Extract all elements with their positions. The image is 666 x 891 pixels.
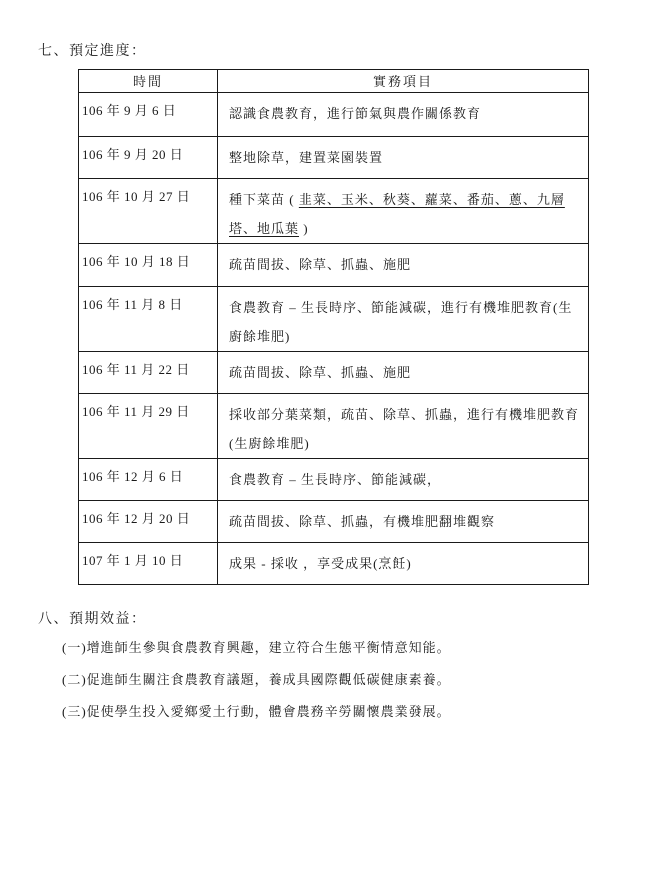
date-cell: 106 年 11 月 8 日 [79, 287, 218, 352]
activity-text: 種下菜苗 ( [229, 192, 299, 207]
time-column-header: 時間 [79, 70, 218, 93]
benefits-list: (一)增進師生參與食農教育興趣，建立符合生態平衡情意知能。 (二)促進師生關注食… [62, 638, 622, 734]
schedule-section-heading: 七、預定進度： [38, 40, 147, 60]
activity-cell: 認識食農教育，進行節氣與農作關係教育 [218, 93, 589, 137]
activity-cell: 整地除草，建置菜園裝置 [218, 137, 589, 179]
date-cell: 106 年 9 月 20 日 [79, 137, 218, 179]
item-column-header: 實務項目 [218, 70, 589, 93]
activity-cell: 食農教育 – 生長時序、節能減碳， [218, 459, 589, 501]
date-cell: 106 年 10 月 18 日 [79, 244, 218, 287]
table-row: 106 年 12 月 20 日 疏苗間拔、除草、抓蟲，有機堆肥翻堆觀察 [79, 501, 589, 543]
table-row: 106 年 11 月 29 日 採收部分葉菜類，疏苗、除草、抓蟲，進行有機堆肥教… [79, 394, 589, 459]
date-cell: 106 年 9 月 6 日 [79, 93, 218, 137]
benefit-item-2: (二)促進師生關注食農教育議題，養成具國際觀低碳健康素養。 [62, 670, 622, 690]
table-row: 106 年 12 月 6 日 食農教育 – 生長時序、節能減碳， [79, 459, 589, 501]
activity-cell: 食農教育 – 生長時序、節能減碳，進行有機堆肥教育(生廚餘堆肥) [218, 287, 589, 352]
table-row: 106 年 11 月 22 日 疏苗間拔、除草、抓蟲、施肥 [79, 352, 589, 394]
table-row: 106 年 10 月 18 日 疏苗間拔、除草、抓蟲、施肥 [79, 244, 589, 287]
date-cell: 106 年 10 月 27 日 [79, 179, 218, 244]
activity-text: ) [299, 221, 309, 236]
table-row: 106 年 9 月 6 日 認識食農教育，進行節氣與農作關係教育 [79, 93, 589, 137]
activity-cell: 成果 - 採收 ，享受成果(烹飪) [218, 543, 589, 585]
activity-cell: 疏苗間拔、除草、抓蟲、施肥 [218, 352, 589, 394]
benefit-item-3: (三)促使學生投入愛鄉愛土行動，體會農務辛勞關懷農業發展。 [62, 702, 622, 722]
benefit-item-1: (一)增進師生參與食農教育興趣，建立符合生態平衡情意知能。 [62, 638, 622, 658]
table-row: 106 年 10 月 27 日 種下菜苗 ( 韭菜、玉米、秋葵、蘿菜、番茄、蔥、… [79, 179, 589, 244]
schedule-table: 時間 實務項目 106 年 9 月 6 日 認識食農教育，進行節氣與農作關係教育… [78, 69, 589, 585]
benefits-section-heading: 八、預期效益： [38, 608, 147, 628]
date-cell: 106 年 11 月 22 日 [79, 352, 218, 394]
document-page: 七、預定進度： 時間 實務項目 106 年 9 月 6 日 認識食農教育，進行節… [0, 0, 666, 891]
date-cell: 106 年 12 月 6 日 [79, 459, 218, 501]
activity-cell: 種下菜苗 ( 韭菜、玉米、秋葵、蘿菜、番茄、蔥、九層塔、地瓜葉 ) [218, 179, 589, 244]
table-row: 106 年 11 月 8 日 食農教育 – 生長時序、節能減碳，進行有機堆肥教育… [79, 287, 589, 352]
date-cell: 106 年 11 月 29 日 [79, 394, 218, 459]
date-cell: 107 年 1 月 10 日 [79, 543, 218, 585]
table-header-row: 時間 實務項目 [79, 70, 589, 93]
activity-cell: 採收部分葉菜類，疏苗、除草、抓蟲，進行有機堆肥教育(生廚餘堆肥) [218, 394, 589, 459]
table-row: 107 年 1 月 10 日 成果 - 採收 ，享受成果(烹飪) [79, 543, 589, 585]
table-row: 106 年 9 月 20 日 整地除草，建置菜園裝置 [79, 137, 589, 179]
activity-cell: 疏苗間拔、除草、抓蟲、施肥 [218, 244, 589, 287]
activity-cell: 疏苗間拔、除草、抓蟲，有機堆肥翻堆觀察 [218, 501, 589, 543]
date-cell: 106 年 12 月 20 日 [79, 501, 218, 543]
